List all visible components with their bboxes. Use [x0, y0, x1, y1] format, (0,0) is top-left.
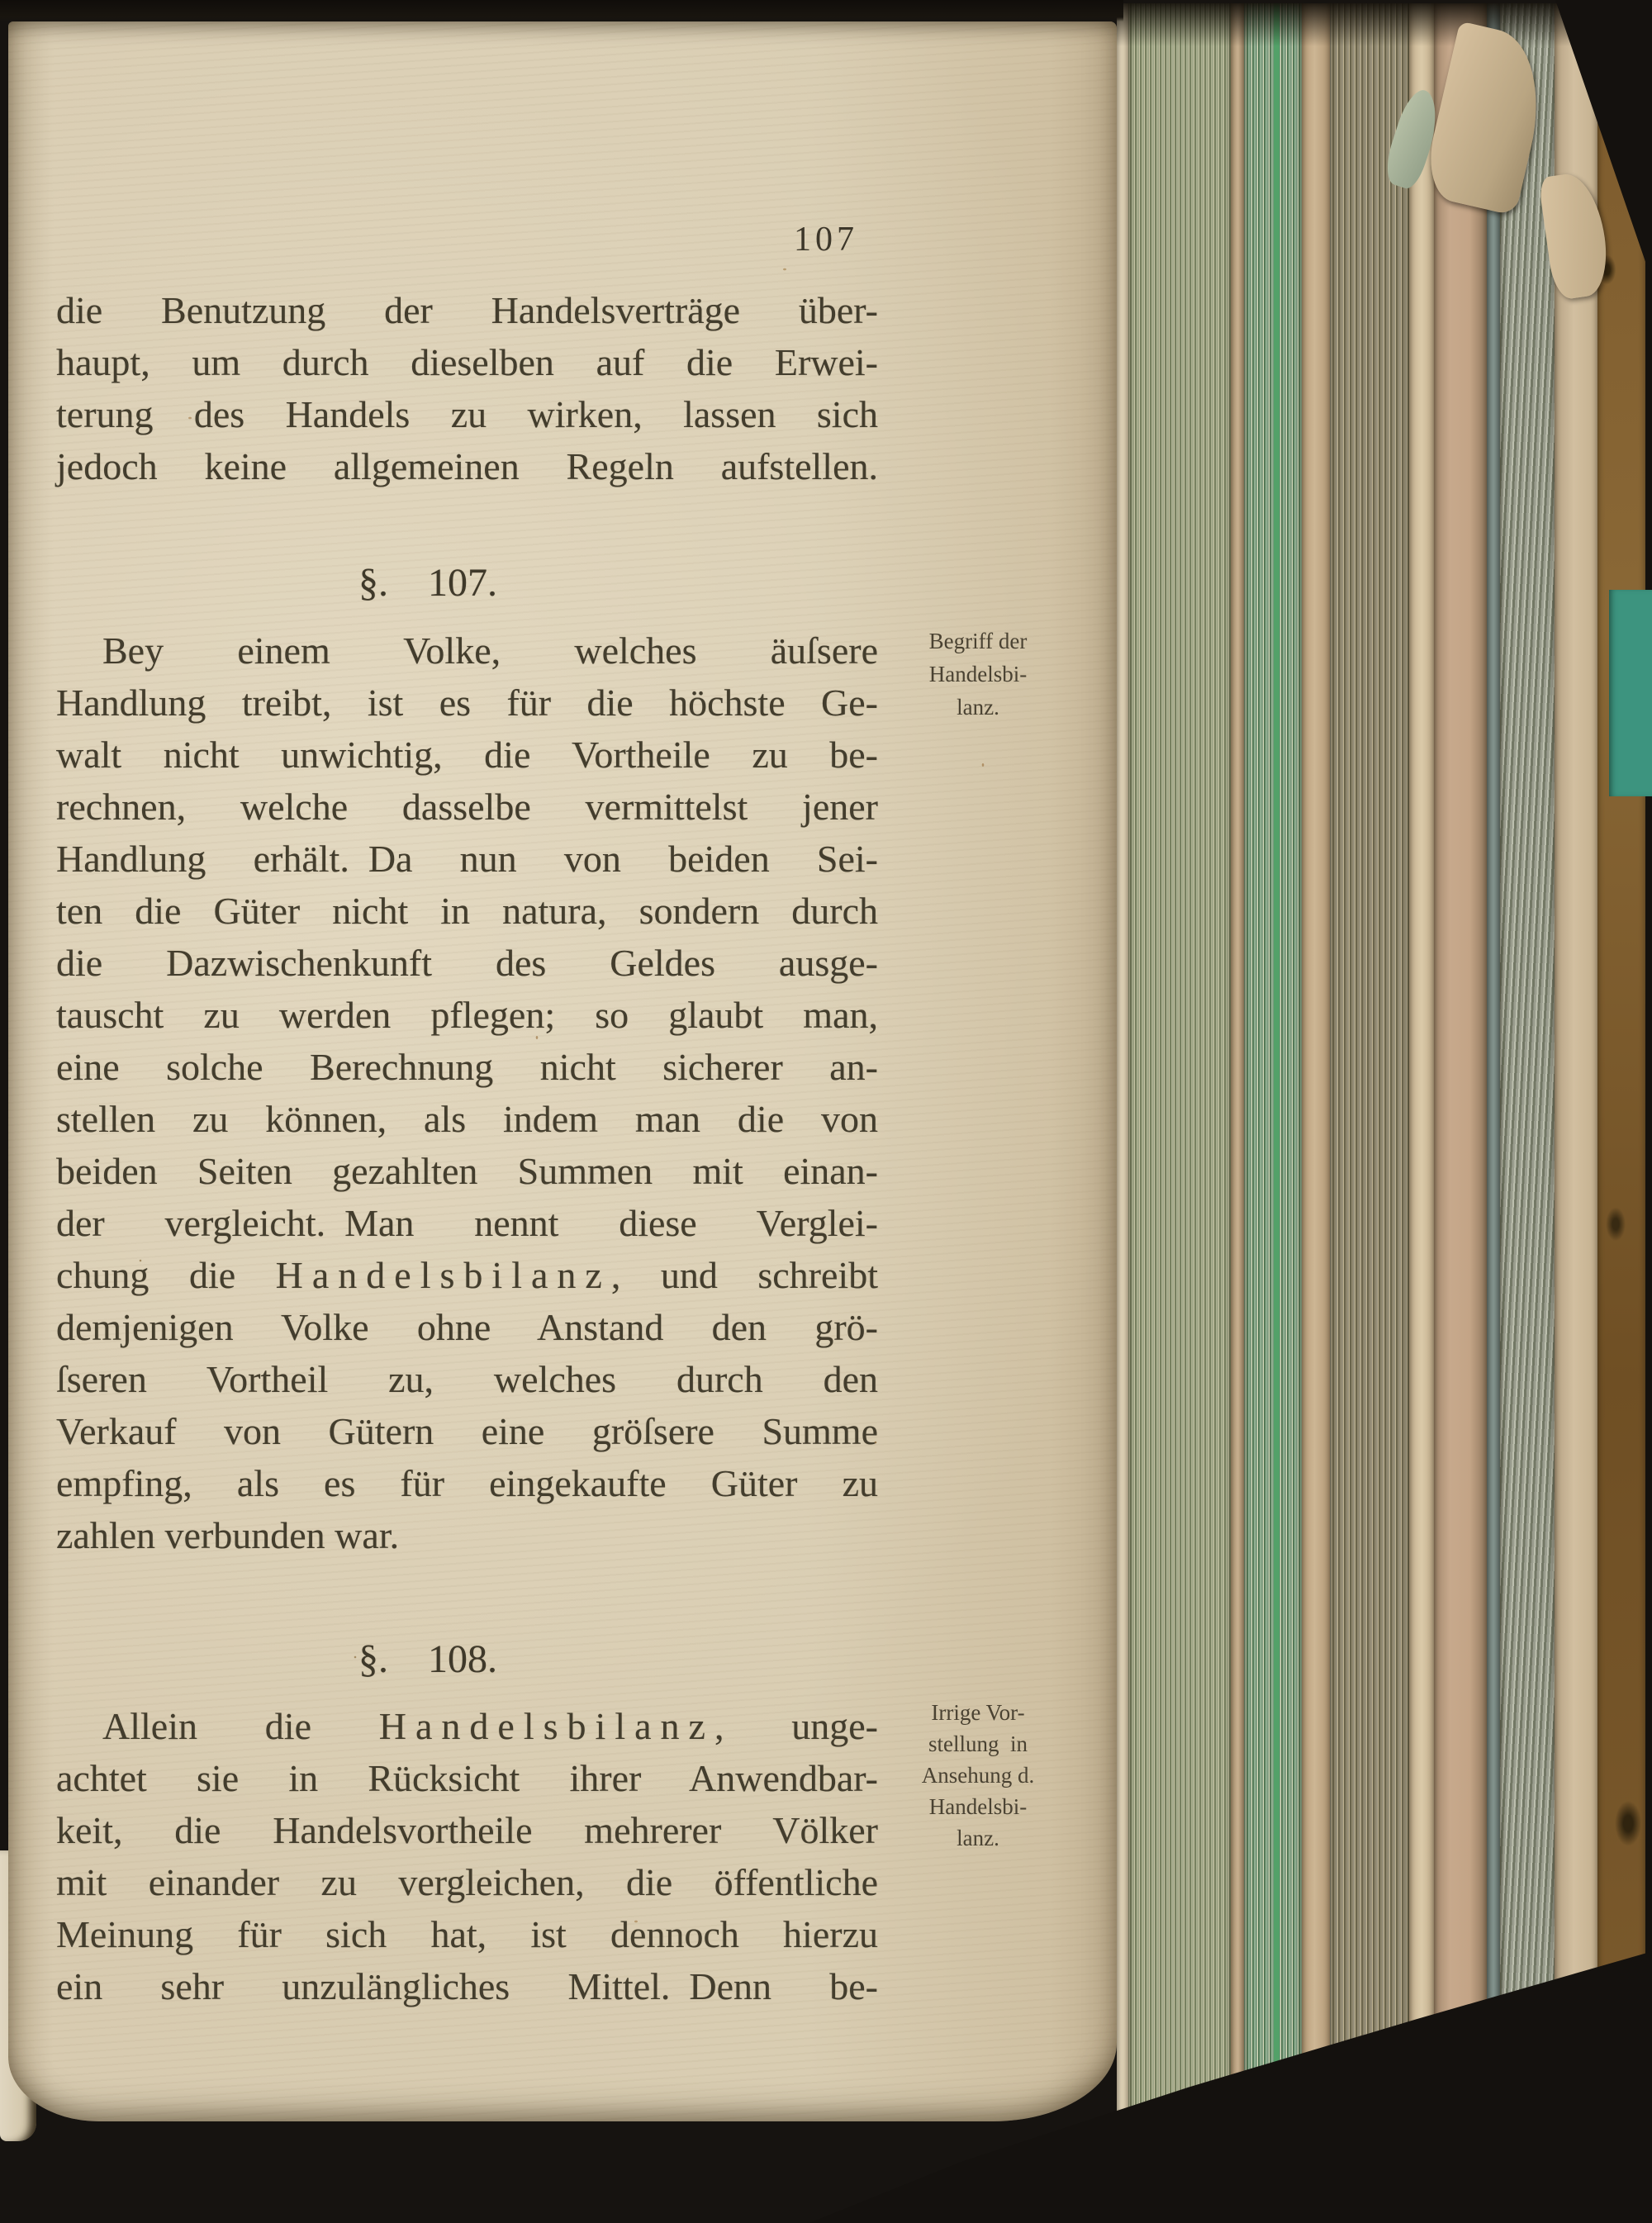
letterspaced-word: Handelsbilanz [379, 1705, 714, 1747]
scan-background-top [0, 0, 1123, 21]
text-line: ein sehr unzulängliches Mittel. Denn be- [56, 1960, 878, 2012]
text-line: zahlen verbunden war. [56, 1509, 878, 1561]
fore-edge-band [1487, 3, 1500, 2223]
margin-note-line: Ansehung d. [877, 1760, 1079, 1791]
text-line: Handlung erhält. Da nun von beiden Sei- [56, 833, 878, 885]
text-line: keit, die Handelsvortheile mehrerer Völk… [56, 1804, 878, 1856]
text-line: die Benutzung der Handelsverträge über- [56, 284, 878, 336]
fore-edge-band [1434, 3, 1487, 2223]
section-heading-108: §. 108. [56, 1636, 800, 1682]
margin-note-line: lanz. [877, 1822, 1079, 1854]
text-run: Allein die [102, 1705, 379, 1747]
fore-edge-band [1555, 3, 1597, 2223]
margin-note-line: lanz. [877, 691, 1079, 724]
text-line: haupt, um durch dieselben auf die Erwei- [56, 336, 878, 388]
fore-edge-band [1117, 3, 1128, 2223]
text-line: ſseren Vortheil zu, welches durch den [56, 1353, 878, 1405]
paragraph-107: Bey einem Volke, welches äuſsere Handlun… [56, 625, 878, 1561]
margin-note-108: Irrige Vor- stellung in Ansehung d. Hand… [877, 1697, 1079, 1854]
text-line-spaced: chung die Handelsbilanz, und schreibt [56, 1249, 878, 1301]
margin-note-line: Begriff der [877, 625, 1079, 658]
fore-edge-band [1302, 3, 1330, 2223]
book-page: 107 die Benutzung der Handelsverträge üb… [8, 21, 1117, 2121]
text-line: Bey einem Volke, welches äuſsere [56, 625, 878, 677]
text-line: stellen zu können, als indem man die von [56, 1093, 878, 1145]
fore-edge-band [1500, 3, 1555, 2223]
teal-background-patch [1609, 590, 1652, 796]
fore-edge-band [1330, 3, 1409, 2223]
scan-background-strip [1645, 3, 1652, 2223]
fore-edge-band [1128, 3, 1231, 2223]
text-line: die Dazwischenkunft des Geldes ausge- [56, 937, 878, 989]
text-line: ten die Güter nicht in natura, sondern d… [56, 885, 878, 937]
text-line: jedoch keine allgemeinen Regeln aufstell… [56, 440, 878, 492]
marbled-cover-edge [1597, 3, 1645, 2223]
margin-note-line: Irrige Vor- [877, 1697, 1079, 1728]
text-line: terung des Handels zu wirken, lassen sic… [56, 388, 878, 440]
text-line: Meinung für sich hat, ist dennoch hierzu [56, 1908, 878, 1960]
text-line: beiden Seiten gezahlten Summen mit einan… [56, 1145, 878, 1197]
text-line: mit einander zu vergleichen, die öffentl… [56, 1856, 878, 1908]
paragraph-intro: die Benutzung der Handelsverträge über- … [56, 284, 878, 492]
book-scan: 107 die Benutzung der Handelsverträge üb… [0, 0, 1652, 2223]
paragraph-108: Allein die Handelsbilanz, unge- achtet s… [56, 1700, 878, 2012]
margin-note-107: Begriff der Handelsbi- lanz. [877, 625, 1079, 724]
text-run: , unge- [714, 1705, 878, 1747]
text-line: walt nicht unwichtig, die Vortheile zu b… [56, 729, 878, 781]
book-fore-edge [1117, 3, 1652, 2223]
text-run: , und schreibt [611, 1254, 878, 1296]
margin-note-line: stellung in [877, 1728, 1079, 1760]
text-line: demjenigen Volke ohne Anstand den grö- [56, 1301, 878, 1353]
section-heading-107: §. 107. [56, 560, 800, 606]
fore-edge-band [1409, 3, 1434, 2223]
text-line: eine solche Berechnung nicht sicherer an… [56, 1041, 878, 1093]
text-line: Verkauf von Gütern eine gröſsere Summe [56, 1405, 878, 1457]
text-line: achtet sie in Rücksicht ihrer Anwendbar- [56, 1752, 878, 1804]
text-line: Handlung treibt, ist es für die höchste … [56, 677, 878, 729]
text-run: chung die [56, 1254, 276, 1296]
text-line: tauscht zu werden pflegen; so glaubt man… [56, 989, 878, 1041]
text-line: der vergleicht. Man nennt diese Verglei- [56, 1197, 878, 1249]
letterspaced-word: Handelsbilanz [276, 1254, 611, 1296]
margin-note-line: Handelsbi- [877, 1791, 1079, 1822]
page-number: 107 [735, 220, 917, 259]
text-line: empfing, als es für eingekaufte Güter zu [56, 1457, 878, 1509]
fore-edge-band [1244, 3, 1302, 2223]
text-line-spaced: Allein die Handelsbilanz, unge- [56, 1700, 878, 1752]
fore-edge-band [1231, 3, 1244, 2223]
text-line: rechnen, welche dasselbe vermittelst jen… [56, 781, 878, 833]
margin-note-line: Handelsbi- [877, 658, 1079, 691]
